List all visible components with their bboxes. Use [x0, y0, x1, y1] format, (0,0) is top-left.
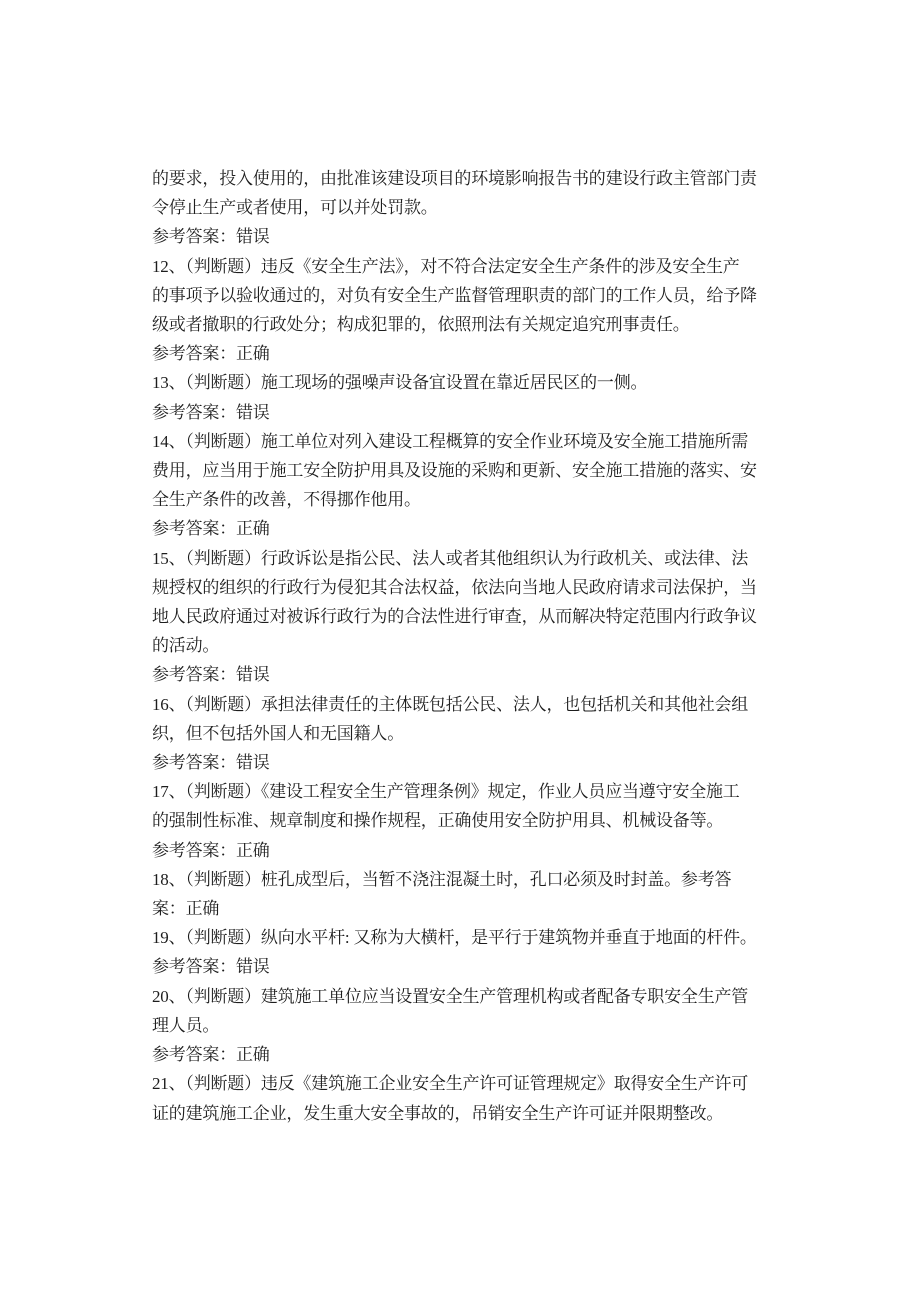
- document-line: 17、（判断题）《建设工程安全生产管理条例》规定，作业人员应当遵守安全施工: [152, 777, 772, 806]
- document-page: 的要求，投入使用的，由批准该建设项目的环境影响报告书的建设行政主管部门责令停止生…: [0, 0, 920, 1301]
- document-line: 16、（判断题）承担法律责任的主体既包括公民、法人，也包括机关和其他社会组: [152, 690, 772, 719]
- document-line: 全生产条件的改善，不得挪作他用。: [152, 485, 772, 514]
- document-line: 令停止生产或者使用，可以并处罚款。: [152, 193, 772, 222]
- document-line: 级或者撤职的行政处分；构成犯罪的，依照刑法有关规定追究刑事责任。: [152, 310, 772, 339]
- document-line: 证的建筑施工企业，发生重大安全事故的，吊销安全生产许可证并限期整改。: [152, 1099, 772, 1128]
- document-line: 的活动。: [152, 631, 772, 660]
- document-line: 参考答案：正确: [152, 339, 772, 368]
- document-line: 的要求，投入使用的，由批准该建设项目的环境影响报告书的建设行政主管部门责: [152, 164, 772, 193]
- document-line: 参考答案：错误: [152, 222, 772, 251]
- document-line: 织，但不包括外国人和无国籍人。: [152, 719, 772, 748]
- document-line: 参考答案：错误: [152, 660, 772, 689]
- document-line: 地人民政府通过对被诉行政行为的合法性进行审查，从而解决特定范围内行政争议: [152, 602, 772, 631]
- document-line: 理人员。: [152, 1011, 772, 1040]
- document-line: 20、（判断题）建筑施工单位应当设置安全生产管理机构或者配备专职安全生产管: [152, 982, 772, 1011]
- document-text-block: 的要求，投入使用的，由批准该建设项目的环境影响报告书的建设行政主管部门责令停止生…: [152, 164, 772, 1128]
- document-line: 参考答案：错误: [152, 398, 772, 427]
- document-line: 参考答案：正确: [152, 514, 772, 543]
- document-line: 12、（判断题）违反《安全生产法》，对不符合法定安全生产条件的涉及安全生产: [152, 252, 772, 281]
- document-line: 14、（判断题）施工单位对列入建设工程概算的安全作业环境及安全施工措施所需: [152, 427, 772, 456]
- document-line: 的强制性标准、规章制度和操作规程，正确使用安全防护用具、机械设备等。: [152, 806, 772, 835]
- document-line: 15、（判断题）行政诉讼是指公民、法人或者其他组织认为行政机关、或法律、法: [152, 544, 772, 573]
- document-line: 案：正确: [152, 894, 772, 923]
- document-line: 的事项予以验收通过的，对负有安全生产监督管理职责的部门的工作人员，给予降: [152, 281, 772, 310]
- document-line: 18、（判断题）桩孔成型后，当暂不浇注混凝土时，孔口必须及时封盖。参考答: [152, 865, 772, 894]
- document-line: 19、（判断题）纵向水平杆: 又称为大横杆，是平行于建筑物并垂直于地面的杆件。: [152, 923, 772, 952]
- document-line: 参考答案：错误: [152, 952, 772, 981]
- document-line: 费用，应当用于施工安全防护用具及设施的采购和更新、安全施工措施的落实、安: [152, 456, 772, 485]
- document-line: 参考答案：错误: [152, 748, 772, 777]
- document-line: 13、（判断题）施工现场的强噪声设备宜设置在靠近居民区的一侧。: [152, 368, 772, 397]
- document-line: 参考答案：正确: [152, 836, 772, 865]
- document-line: 规授权的组织的行政行为侵犯其合法权益，依法向当地人民政府请求司法保护，当: [152, 573, 772, 602]
- document-line: 21、（判断题）违反《建筑施工企业安全生产许可证管理规定》取得安全生产许可: [152, 1069, 772, 1098]
- document-line: 参考答案：正确: [152, 1040, 772, 1069]
